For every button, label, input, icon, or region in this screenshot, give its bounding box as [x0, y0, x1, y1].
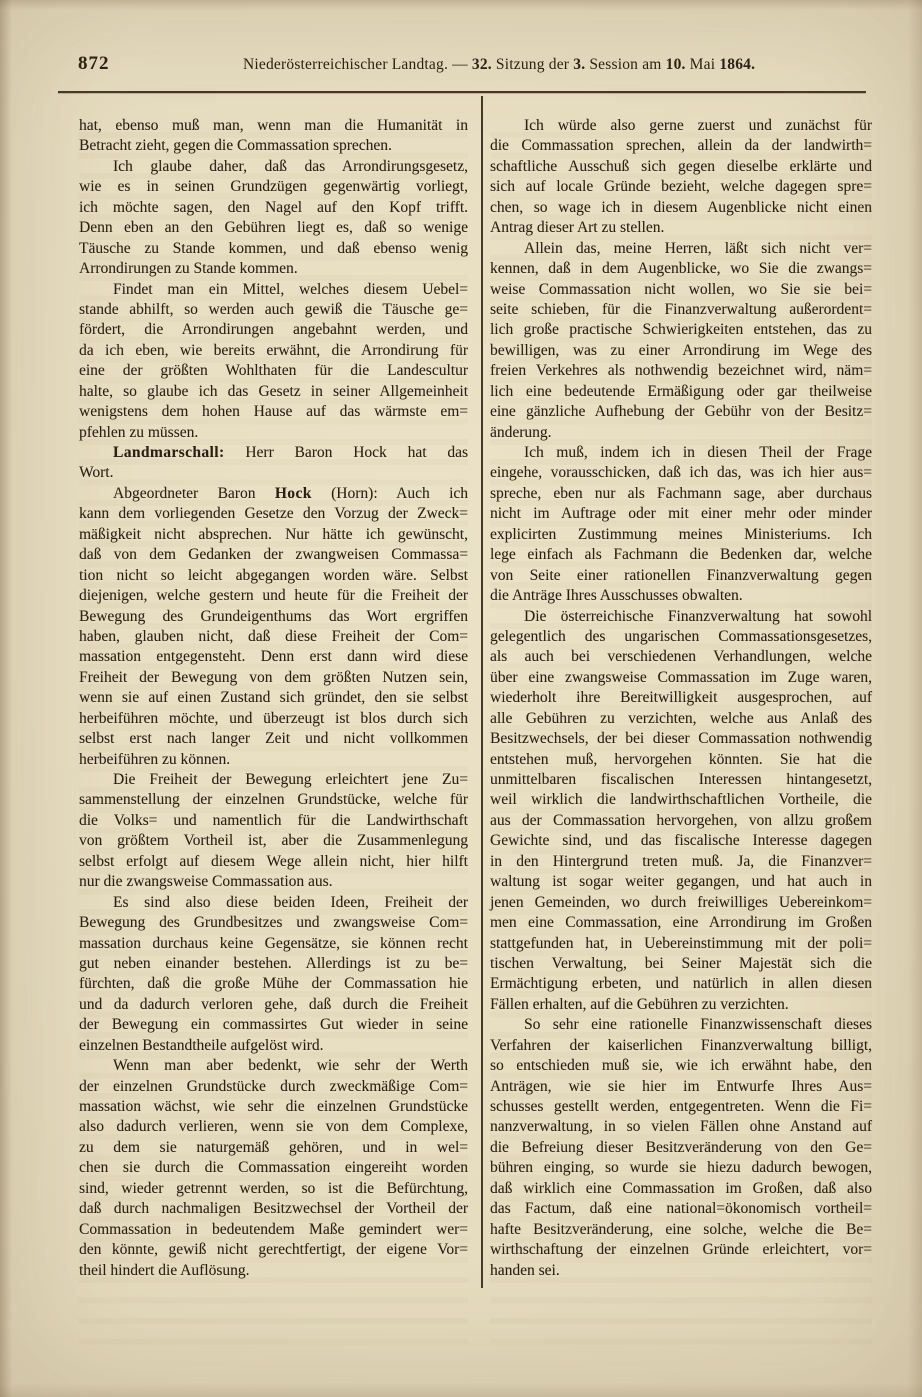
text-line: den könnte, gewiß nicht gerechtfertigt, …	[79, 1240, 468, 1260]
page-number: 872	[78, 53, 110, 75]
text-line: hafte Besitzveränderung, eine solche, we…	[490, 1220, 872, 1240]
text-line: freien Verkehres als nothwendig bezeichn…	[490, 361, 872, 381]
text-line: Antrag dieser Art zu stellen.	[490, 218, 872, 238]
text-line: haben, glauben nicht, daß diese Freiheit…	[79, 627, 468, 647]
text-run: Herr Baron Hock hat das	[225, 444, 468, 461]
text-line: daß von dem Gedanken der zwangweisen Com…	[79, 545, 468, 565]
text-line: tischen Verwaltung, bei Seiner Majestät …	[490, 954, 872, 974]
text-line: da ich eben, wie bereits erwähnt, die Ar…	[79, 341, 468, 361]
text-line: massation durchaus keine Gegensätze, sie…	[79, 934, 468, 954]
text-line: stande abhilft, so werden auch gewiß die…	[79, 300, 468, 320]
text-line: weil wirklich die landwirthschaftlichen …	[490, 790, 872, 810]
text-line: der einzelnen Grundstücke durch zweckmäß…	[79, 1077, 468, 1097]
emphasized-text: Hock	[275, 485, 312, 502]
text-line: nur die zwangsweise Commassation aus.	[79, 872, 468, 892]
text-line: lege einfach als Fachmann die Bedenken d…	[490, 545, 872, 565]
text-line: lich große practische Schwierigkeiten en…	[490, 320, 872, 340]
text-line: Wenn man aber bedenkt, wie sehr der Wert…	[79, 1056, 468, 1076]
text-line: chen, so wage ich in diesem Augenblicke …	[490, 198, 872, 218]
text-line: massation entgegensteht. Denn erst dann …	[79, 647, 468, 667]
text-line: eingehe, vorausschicken, daß ich das, wa…	[490, 463, 872, 483]
text-line: die Volks= und namentlich für die Landwi…	[79, 811, 468, 831]
text-line: über eine zwangsweise Commassation im Zu…	[490, 668, 872, 688]
text-line: herbeiführen zu können.	[79, 750, 468, 770]
text-line: die Commassation sprechen, allein da der…	[490, 136, 872, 156]
column-divider	[481, 96, 483, 1288]
text-line: Wort.	[79, 463, 468, 483]
text-line: Arrondirungen zu Stande kommen.	[79, 259, 468, 279]
text-line: kann dem vorliegenden Gesetze den Vorzug…	[79, 504, 468, 524]
text-line: sammenstellung der einzelnen Grundstücke…	[79, 790, 468, 810]
text-line: selbst erfolgt auf diesem Wege allein ni…	[79, 852, 468, 872]
text-line: Findet man ein Mittel, welches diesem Ue…	[79, 280, 468, 300]
text-line: Die österreichische Finanzverwaltung hat…	[490, 607, 872, 627]
text-line: entstehen muß, hervorgehen könnten. Sie …	[490, 750, 872, 770]
text-line: Die Freiheit der Bewegung erleichtert je…	[79, 770, 468, 790]
text-line: wie es in seinen Grundzügen gegenwärtig …	[79, 177, 468, 197]
text-line: sich auf locale Gründe bezieht, welche d…	[490, 177, 872, 197]
text-line: hat, ebenso muß man, wenn man die Humani…	[79, 116, 468, 136]
text-line: bühren einging, so wurde sie hiezu dadur…	[490, 1158, 872, 1178]
text-line: so entschieden muß sie, wie ich erwähnt …	[490, 1056, 872, 1076]
text-line: gelegentlich des ungarischen Commassatio…	[490, 627, 872, 647]
text-line: mäßigkeit nicht absprechen. Nur hätte ic…	[79, 525, 468, 545]
text-line: schusses gestellt werden, entgegentreten…	[490, 1097, 872, 1117]
text-line: die Befreiung dieser Besitzveränderung v…	[490, 1138, 872, 1158]
text-line: explicirten Zustimmung meines Ministeriu…	[490, 525, 872, 545]
text-line: die Anträge Ihres Ausschusses obwalten.	[490, 586, 872, 606]
header-rule	[58, 91, 866, 93]
text-line: chen sie durch die Commassation eingerei…	[79, 1158, 468, 1178]
text-line: stattgefunden hat, in Uebereinstimmung m…	[490, 934, 872, 954]
text-line: jenen Gemeinden, wo durch freiwilliges U…	[490, 893, 872, 913]
text-line: unmittelbaren fiscalischen Interessen hi…	[490, 770, 872, 790]
text-run: Mai	[686, 56, 720, 73]
text-line: So sehr eine rationelle Finanzwissenscha…	[490, 1015, 872, 1035]
text-line: daß wirklich eine Commassation im Großen…	[490, 1179, 872, 1199]
text-line: tion nicht so leicht abgegangen worden w…	[79, 566, 468, 586]
text-line: kennen, daß in dem Augenblicke, wo Sie d…	[490, 259, 872, 279]
text-line: Fällen erhalten, auf die Gebühren zu ver…	[490, 995, 872, 1015]
text-run: (Horn): Auch ich	[312, 485, 468, 502]
text-line: eine der größten Wohlthaten für die Land…	[79, 361, 468, 381]
text-line: der Bewegung ein commassirtes Gut wieder…	[79, 1015, 468, 1035]
text-line: Ermächtigung erbeten, und natürlich in a…	[490, 974, 872, 994]
text-line: Bewegung des Grundbesitzes und zwangswei…	[79, 913, 468, 933]
text-line: gut neben einander bestehen. Allerdings …	[79, 954, 468, 974]
emphasized-text: 10.	[666, 56, 686, 73]
text-line: wirthschaftung der einzelnen Gründe erle…	[490, 1240, 872, 1260]
text-line: nanzverwaltung, in so vielen Fällen ohne…	[490, 1117, 872, 1137]
text-line: Es sind also diese beiden Ideen, Freihei…	[79, 893, 468, 913]
text-line: Ich glaube daher, daß das Arrondirungsge…	[79, 157, 468, 177]
emphasized-text: 3.	[573, 56, 585, 73]
text-line: men eine Commassation, eine Arrondirung …	[490, 913, 872, 933]
text-line: Gewichte sind, und das fiscalische Inter…	[490, 831, 872, 851]
text-line: wenn sie auf einen Zustand sich gründet,…	[79, 688, 468, 708]
text-line: änderung.	[490, 423, 872, 443]
text-line: eine gänzliche Aufhebung der Gebühr von …	[490, 402, 872, 422]
text-line: selbst erst nach langer Zeit und nicht v…	[79, 729, 468, 749]
text-line: nicht im Auftrage oder mit einer mehr od…	[490, 504, 872, 524]
text-line: diejenigen, welche gestern und heute für…	[79, 586, 468, 606]
text-run: Abgeordneter Baron	[113, 485, 275, 502]
text-line: bewilligen, was zu einer Arrondirung im …	[490, 341, 872, 361]
text-line: aus der Commassation hervorgehen, von al…	[490, 811, 872, 831]
text-line: wenigstens dem hohen Hause auf das wärms…	[79, 402, 468, 422]
text-line: wiederholt ihre Bereitwilligkeit ausgesp…	[490, 688, 872, 708]
text-line: ich möchte sagen, den Nagel auf den Kopf…	[79, 198, 468, 218]
text-line: fürchten, daß die große Mühe der Commass…	[79, 974, 468, 994]
text-line: also dadurch verlieren, wenn sie von dem…	[79, 1117, 468, 1137]
text-line: Täusche zu Stande kommen, und daß ebenso…	[79, 239, 468, 259]
text-line: Landmarschall: Herr Baron Hock hat das	[79, 443, 468, 463]
text-line: spreche, eben nur als Fachmann sage, abe…	[490, 484, 872, 504]
text-line: zu dem sie naturgemäß gehören, und in we…	[79, 1138, 468, 1158]
text-line: Verfahren der kaiserlichen Finanzverwalt…	[490, 1036, 872, 1056]
text-line: pfehlen zu müssen.	[79, 423, 468, 443]
text-line: und da dadurch verloren gehe, daß durch …	[79, 995, 468, 1015]
text-line: von Seite einer rationellen Finanzverwal…	[490, 566, 872, 586]
text-line: daß durch nachmaligen Besitzwechsel der …	[79, 1199, 468, 1219]
text-line: Ich muß, indem ich in diesen Theil der F…	[490, 443, 872, 463]
text-line: in den Hintergrund treten muß. Ja, die F…	[490, 852, 872, 872]
left-column: hat, ebenso muß man, wenn man die Humani…	[79, 116, 468, 1281]
text-run: Session am	[585, 56, 665, 73]
text-line: handen sei.	[490, 1261, 872, 1281]
text-line: Allein das, meine Herren, läßt sich nich…	[490, 239, 872, 259]
text-line: einzelnen Bestandtheile aufgelöst wird.	[79, 1036, 468, 1056]
emphasized-text: 32.	[472, 56, 492, 73]
right-column: Ich würde also gerne zuerst und zunächst…	[490, 116, 872, 1281]
emphasized-text: 1864.	[719, 56, 755, 73]
text-line: seite schieben, für die Finanzverwaltung…	[490, 300, 872, 320]
text-line: alle Gebühren zu verzichten, welche aus …	[490, 709, 872, 729]
text-line: das Factum, daß eine national=ökonomisch…	[490, 1199, 872, 1219]
text-line: Anträgen, wie sie hier im Entwurfe Ihres…	[490, 1077, 872, 1097]
text-line: herbeiführen möchte, und überzeugt ist b…	[79, 709, 468, 729]
text-line: als auch bei verschiedenen Verhandlungen…	[490, 647, 872, 667]
text-line: Betracht zieht, gegen die Commassation s…	[79, 136, 468, 156]
text-line: von größtem Vortheil ist, aber die Zusam…	[79, 831, 468, 851]
text-run: Sitzung der	[492, 56, 573, 73]
document-page: 872 Niederösterreichischer Landtag. — 32…	[0, 0, 922, 1397]
text-line: Freiheit der Bewegung von dem größten Nu…	[79, 668, 468, 688]
text-line: massation wächst, wie sehr die einzelnen…	[79, 1097, 468, 1117]
text-line: Commassation in bedeutendem Maße geminde…	[79, 1220, 468, 1240]
text-line: fördert, die Arrondirungen angebahnt wer…	[79, 320, 468, 340]
text-line: theil hindert die Auflösung.	[79, 1261, 468, 1281]
text-line: lich eine bedeutende Ermäßigung oder gar…	[490, 382, 872, 402]
text-run: Niederösterreichischer Landtag. —	[243, 56, 472, 73]
text-line: Bewegung des Grundeigenthums das Wort er…	[79, 607, 468, 627]
header-title: Niederösterreichischer Landtag. — 32. Si…	[243, 56, 755, 74]
text-line: waltung ist sogar weiter gegangen, und h…	[490, 872, 872, 892]
text-line: Abgeordneter Baron Hock (Horn): Auch ich	[79, 484, 468, 504]
text-line: Ich würde also gerne zuerst und zunächst…	[490, 116, 872, 136]
text-line: weise Commassation nicht wollen, wo Sie …	[490, 280, 872, 300]
text-line: schaftliche Ausschuß sich gegen dieselbe…	[490, 157, 872, 177]
text-line: sind, wieder getrennt werden, so ist die…	[79, 1179, 468, 1199]
text-line: halte, so glaube ich das Gesetz in seine…	[79, 382, 468, 402]
text-line: Denn eben an den Gebühren liegt es, daß …	[79, 218, 468, 238]
text-line: Besitzwechsels, der bei dieser Commassat…	[490, 729, 872, 749]
emphasized-text: Landmarschall:	[113, 444, 225, 461]
